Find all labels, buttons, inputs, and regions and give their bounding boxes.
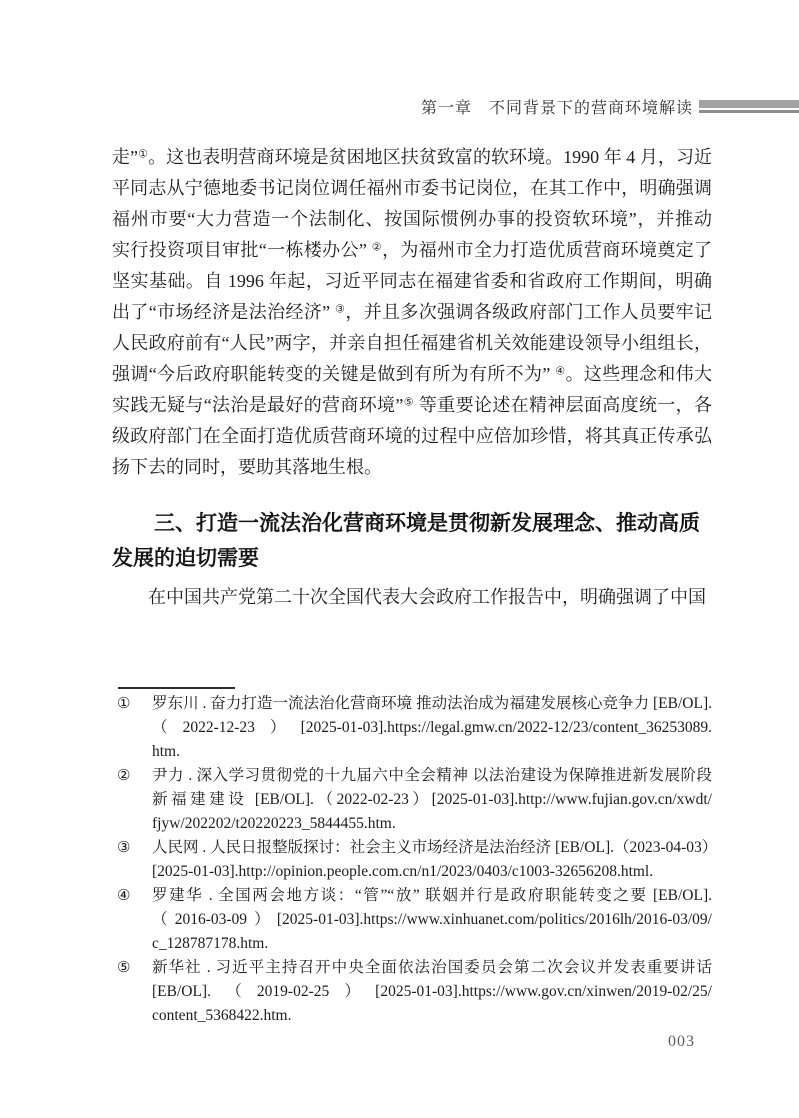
body-line: 人民政府前有“人民”两字，并亲自担任福建省机关效能建设领导小组组长， bbox=[112, 328, 712, 359]
footnote-text: 人民网 . 人民日报整版探讨：社会主义市场经济是法治经济 [EB/OL].（20… bbox=[152, 836, 712, 884]
footnote-line: 尹力 . 深入学习贯彻党的十九届六中全会精神 以法治建设为保障推进新发展阶段 bbox=[152, 764, 712, 788]
footnote-list: ①罗东川 . 奋力打造一流法治化营商环境 推动法治成为福建发展核心竞争力 [EB… bbox=[117, 692, 712, 1028]
footnote-text: 罗建华 . 全国两会地方谈：“管”“放” 联姻并行是政府职能转变之要 [EB/O… bbox=[152, 884, 712, 956]
footnote-separator bbox=[118, 687, 235, 689]
body-line: 出了“市场经济是法治经济” ③，并且多次强调各级政府部门工作人员要牢记 bbox=[112, 297, 712, 328]
page-number: 003 bbox=[668, 1033, 695, 1051]
body-line: 实践无疑与“法治是最好的营商环境”⑤ 等重要论述在精神层面高度统一，各 bbox=[112, 390, 712, 421]
footnote-line: htm. bbox=[152, 740, 712, 764]
footnote-line: （2022-12-23）[2025-01-03].https://legal.g… bbox=[152, 716, 712, 740]
section-heading-line-1: 三、打造一流法治化营商环境是贯彻新发展理念、推动高质量 bbox=[112, 506, 712, 541]
running-header: 第一章 不同背景下的营商环境解读 bbox=[0, 96, 799, 116]
chapter-header-title: 第一章 不同背景下的营商环境解读 bbox=[421, 95, 693, 118]
paragraph-1: 走”①。这也表明营商环境是贫困地区扶贫致富的软环境。1990 年 4 月，习近平… bbox=[112, 142, 712, 483]
footnote-item: ①罗东川 . 奋力打造一流法治化营商环境 推动法治成为福建发展核心竞争力 [EB… bbox=[117, 692, 712, 764]
footnote-line: 新福建建设 [EB/OL].（2022-02-23）[2025-01-03].h… bbox=[152, 788, 712, 812]
footnote-ref: ⑤ bbox=[403, 396, 414, 408]
footnote-ref: ③ bbox=[335, 303, 345, 315]
book-page: 第一章 不同背景下的营商环境解读 走”①。这也表明营商环境是贫困地区扶贫致富的软… bbox=[0, 0, 799, 1118]
footnote-item: ③人民网 . 人民日报整版探讨：社会主义市场经济是法治经济 [EB/OL].（2… bbox=[117, 836, 712, 884]
body-line: 扬下去的同时，要助其落地生根。 bbox=[112, 452, 712, 483]
footnote-text: 尹力 . 深入学习贯彻党的十九届六中全会精神 以法治建设为保障推进新发展阶段新福… bbox=[152, 764, 712, 836]
footnote-line: content_5368422.htm. bbox=[152, 1004, 712, 1028]
footnote-text: 新华社 . 习近平主持召开中央全面依法治国委员会第二次会议并发表重要讲话[EB/… bbox=[152, 956, 712, 1028]
footnote-marker: ① bbox=[117, 692, 152, 716]
footnote-item: ④罗建华 . 全国两会地方谈：“管”“放” 联姻并行是政府职能转变之要 [EB/… bbox=[117, 884, 712, 956]
footnote-text: 罗东川 . 奋力打造一流法治化营商环境 推动法治成为福建发展核心竞争力 [EB/… bbox=[152, 692, 712, 764]
footnote-line: fjyw/202202/t20220223_5844455.htm. bbox=[152, 812, 712, 836]
section-heading: 三、打造一流法治化营商环境是贯彻新发展理念、推动高质量 发展的迫切需要 bbox=[112, 506, 712, 576]
footnote-marker: ④ bbox=[117, 884, 152, 908]
footnote-item: ②尹力 . 深入学习贯彻党的十九届六中全会精神 以法治建设为保障推进新发展阶段新… bbox=[117, 764, 712, 836]
header-rule-thin bbox=[699, 110, 799, 113]
body-line: 坚实基础。自 1996 年起，习近平同志在福建省委和省政府工作期间，明确提 bbox=[112, 266, 712, 297]
paragraph-2: 在中国共产党第二十次全国代表大会政府工作报告中，明确强调了中国 bbox=[112, 582, 712, 613]
section-heading-line-2: 发展的迫切需要 bbox=[112, 541, 712, 576]
header-rule bbox=[699, 100, 799, 113]
body-line: 福州市要“大力营造一个法制化、按国际惯例办事的投资软环境”，并推动 bbox=[112, 204, 712, 235]
body-line: 强调“今后政府职能转变的关键是做到有所为有所不为” ④。这些理念和伟大 bbox=[112, 359, 712, 390]
footnote-line: [EB/OL].（2019-02-25）[2025-01-03].https:/… bbox=[152, 980, 712, 1004]
body-line: 实行投资项目审批“一栋楼办公” ②，为福州市全力打造优质营商环境奠定了 bbox=[112, 235, 712, 266]
footnote-line: [2025-01-03].http://opinion.people.com.c… bbox=[152, 860, 712, 884]
footnote-ref: ② bbox=[372, 241, 382, 253]
body-line: 平同志从宁德地委书记岗位调任福州市委书记岗位，在其工作中，明确强调 bbox=[112, 173, 712, 204]
body-line: 在中国共产党第二十次全国代表大会政府工作报告中，明确强调了中国 bbox=[112, 582, 712, 613]
body-line: 走”①。这也表明营商环境是贫困地区扶贫致富的软环境。1990 年 4 月，习近 bbox=[112, 142, 712, 173]
footnote-ref: ④ bbox=[555, 365, 565, 377]
footnote-marker: ② bbox=[117, 764, 152, 788]
footnote-line: 新华社 . 习近平主持召开中央全面依法治国委员会第二次会议并发表重要讲话 bbox=[152, 956, 712, 980]
footnote-marker: ③ bbox=[117, 836, 152, 860]
footnote-line: （2016-03-09）[2025-01-03].https://www.xin… bbox=[152, 908, 712, 932]
footnote-line: 人民网 . 人民日报整版探讨：社会主义市场经济是法治经济 [EB/OL].（20… bbox=[152, 836, 712, 860]
header-rule-thick bbox=[699, 100, 799, 108]
footnote-line: c_128787178.htm. bbox=[152, 932, 712, 956]
footnote-line: 罗东川 . 奋力打造一流法治化营商环境 推动法治成为福建发展核心竞争力 [EB/… bbox=[152, 692, 712, 716]
body-line: 级政府部门在全面打造优质营商环境的过程中应倍加珍惜，将其真正传承弘 bbox=[112, 421, 712, 452]
footnote-line: 罗建华 . 全国两会地方谈：“管”“放” 联姻并行是政府职能转变之要 [EB/O… bbox=[152, 884, 712, 908]
footnote-marker: ⑤ bbox=[117, 956, 152, 980]
footnote-ref: ① bbox=[138, 148, 148, 160]
footnote-item: ⑤新华社 . 习近平主持召开中央全面依法治国委员会第二次会议并发表重要讲话[EB… bbox=[117, 956, 712, 1028]
